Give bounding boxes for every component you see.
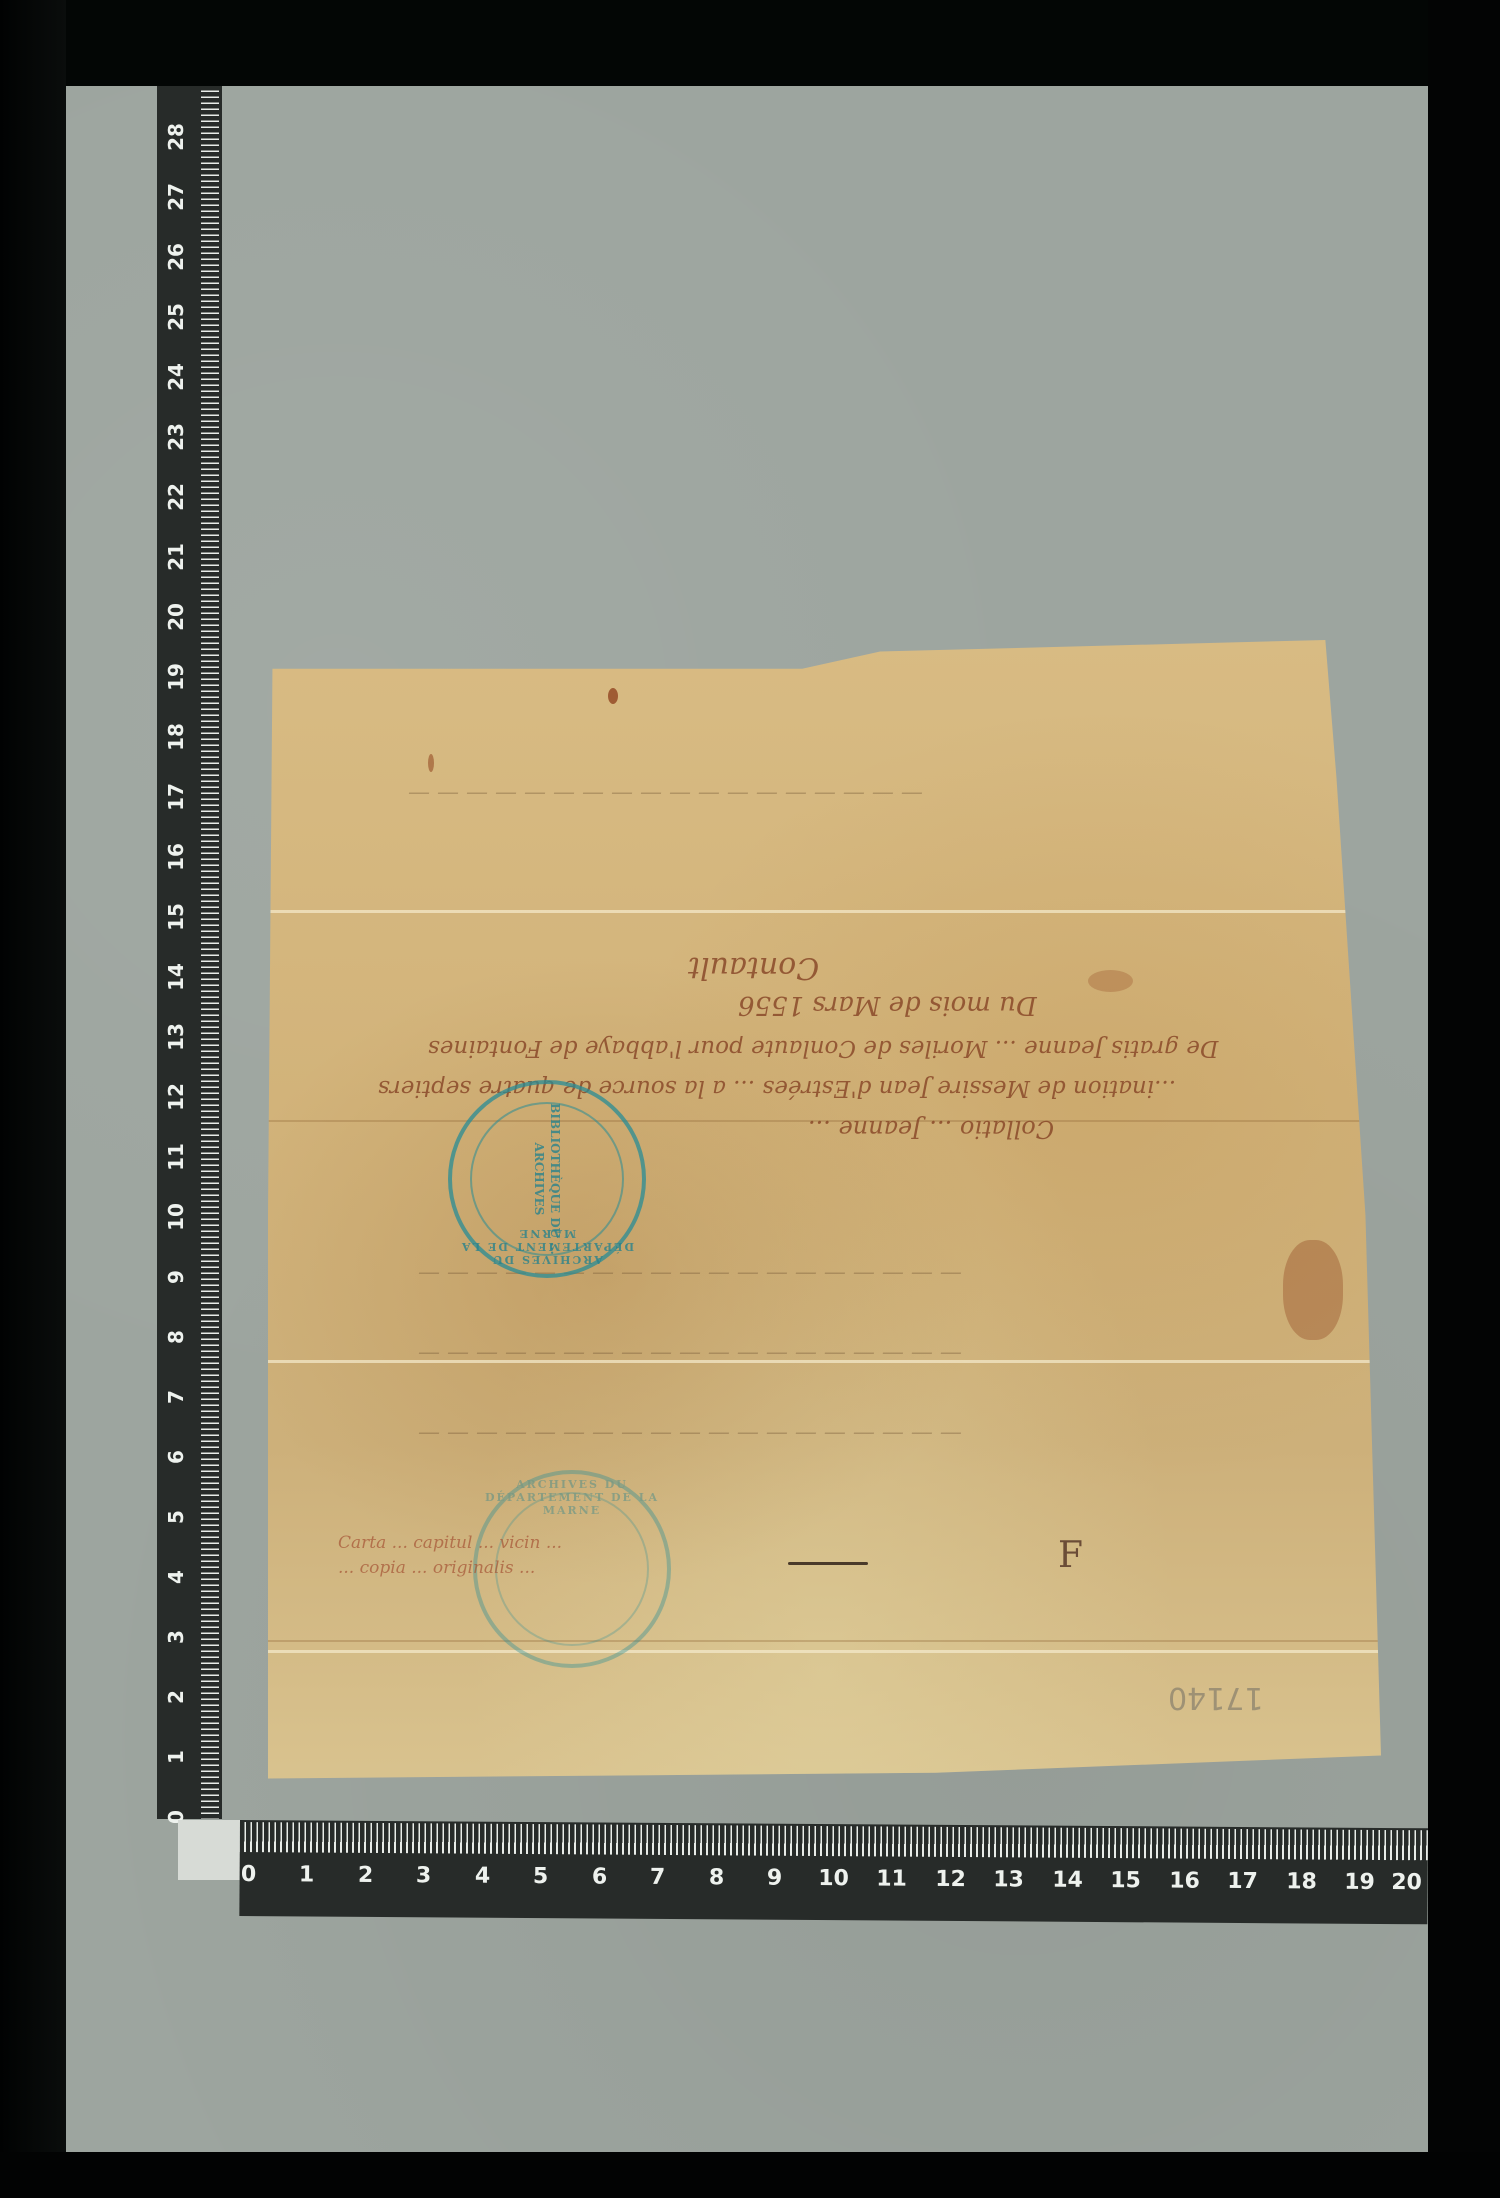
vruler-label: 23 bbox=[164, 422, 188, 452]
vruler-label: 14 bbox=[164, 962, 188, 992]
ink-stain bbox=[608, 688, 618, 704]
vruler-label: 19 bbox=[164, 662, 188, 692]
vruler-label: 22 bbox=[164, 482, 188, 512]
vruler-label: 28 bbox=[164, 122, 188, 152]
fold-line bbox=[268, 1650, 1381, 1653]
vruler-label: 10 bbox=[164, 1202, 188, 1232]
vruler-label: 9 bbox=[164, 1262, 188, 1292]
fold-line bbox=[268, 1640, 1381, 1642]
black-border-bottom bbox=[0, 2152, 1500, 2198]
hruler-label: 19 bbox=[1343, 1870, 1377, 1895]
document-text-line: De gratis Jeanne ... Moriles de Conlaute… bbox=[428, 1035, 1218, 1061]
vruler-label: 13 bbox=[164, 1022, 188, 1052]
vruler-label: 15 bbox=[164, 902, 188, 932]
hruler-label: 12 bbox=[934, 1867, 968, 1892]
hruler-label: 11 bbox=[875, 1866, 909, 1891]
vruler-label: 11 bbox=[164, 1142, 188, 1172]
vertical-ruler-ticks bbox=[189, 86, 219, 1819]
hruler-label: 18 bbox=[1285, 1869, 1319, 1894]
hruler-label: 13 bbox=[992, 1867, 1026, 1892]
vruler-label: 12 bbox=[164, 1082, 188, 1112]
document-date-line: Du mois de Mars 1556 bbox=[738, 990, 1037, 1020]
black-border-left bbox=[0, 0, 66, 2198]
vruler-label: 8 bbox=[164, 1322, 188, 1352]
faded-text: — — — — — — — — — — — — — — — — — — — bbox=[418, 1420, 962, 1445]
hruler-label: 17 bbox=[1226, 1869, 1260, 1894]
vruler-label: 5 bbox=[164, 1502, 188, 1532]
vruler-label: 4 bbox=[164, 1562, 188, 1592]
vruler-label: 25 bbox=[164, 302, 188, 332]
ink-stain bbox=[428, 754, 434, 772]
water-stain bbox=[1283, 1240, 1343, 1340]
hruler-label: 3 bbox=[407, 1863, 441, 1888]
vruler-label: 7 bbox=[164, 1382, 188, 1412]
ink-stain bbox=[1088, 970, 1133, 992]
vruler-label: 20 bbox=[164, 602, 188, 632]
pencil-archival-mark: 17140 bbox=[1168, 1680, 1263, 1715]
stamp-ring-text: ARCHIVES DU DÉPARTEMENT DE LA MARNE bbox=[477, 1478, 667, 1517]
fold-line bbox=[268, 910, 1381, 913]
hruler-label: 16 bbox=[1168, 1868, 1202, 1893]
bottom-note-line-2: ... copia ... originalis ... bbox=[338, 1558, 535, 1578]
hruler-label: 1 bbox=[290, 1862, 324, 1887]
hruler-label: 9 bbox=[758, 1866, 792, 1891]
hruler-label: 15 bbox=[1109, 1868, 1143, 1893]
hruler-label: 6 bbox=[583, 1864, 617, 1889]
pen-stroke bbox=[788, 1562, 868, 1565]
hruler-label: 7 bbox=[641, 1865, 675, 1890]
vruler-label: 24 bbox=[164, 362, 188, 392]
document-text-line: Collatio ... Jeanne ... bbox=[808, 1115, 1054, 1143]
hruler-label: 5 bbox=[524, 1864, 558, 1889]
vruler-label: 1 bbox=[164, 1742, 188, 1772]
vruler-label: 27 bbox=[164, 182, 188, 212]
vertical-ruler: 0 1 2 3 4 5 6 7 8 9 10 11 12 13 14 15 16… bbox=[157, 86, 222, 1819]
black-border-right bbox=[1428, 0, 1500, 2198]
horizontal-ruler-ticks bbox=[240, 1822, 1428, 1860]
horizontal-ruler: 0 1 2 3 4 5 6 7 8 9 10 11 12 13 14 15 16… bbox=[239, 1820, 1428, 1924]
vruler-label: 17 bbox=[164, 782, 188, 812]
vruler-label: 26 bbox=[164, 242, 188, 272]
vruler-label: 6 bbox=[164, 1442, 188, 1472]
vruler-label: 16 bbox=[164, 842, 188, 872]
document-signature-line: Contault bbox=[688, 950, 819, 985]
hruler-label: 2 bbox=[349, 1863, 383, 1888]
parchment-document: — — — — — — — — — — — — — — — — — — — — … bbox=[268, 640, 1381, 1790]
hruler-label: 14 bbox=[1051, 1868, 1085, 1893]
bottom-note-line-1: Carta ... capitul ... vicin ... bbox=[338, 1533, 562, 1553]
hruler-label: 4 bbox=[466, 1864, 500, 1889]
hruler-label: 8 bbox=[700, 1865, 734, 1890]
vruler-label: 21 bbox=[164, 542, 188, 572]
hruler-label: 0 bbox=[232, 1862, 266, 1887]
faded-text: — — — — — — — — — — — — — — — — — — — bbox=[418, 1340, 962, 1365]
vruler-label: 2 bbox=[164, 1682, 188, 1712]
initial-letter: F bbox=[1058, 1535, 1083, 1576]
faded-text: — — — — — — — — — — — — — — — — — — bbox=[408, 780, 923, 805]
hruler-label: 20 bbox=[1390, 1870, 1424, 1895]
hruler-label: 10 bbox=[817, 1866, 851, 1891]
vruler-label: 3 bbox=[164, 1622, 188, 1652]
archive-stamp: ARCHIVES DU DÉPARTEMENT DE LA MARNE BIBL… bbox=[448, 1080, 646, 1278]
stamp-center-text: BIBLIOTHÈQUE DU ... ARCHIVES bbox=[531, 1084, 563, 1274]
vruler-label: 18 bbox=[164, 722, 188, 752]
